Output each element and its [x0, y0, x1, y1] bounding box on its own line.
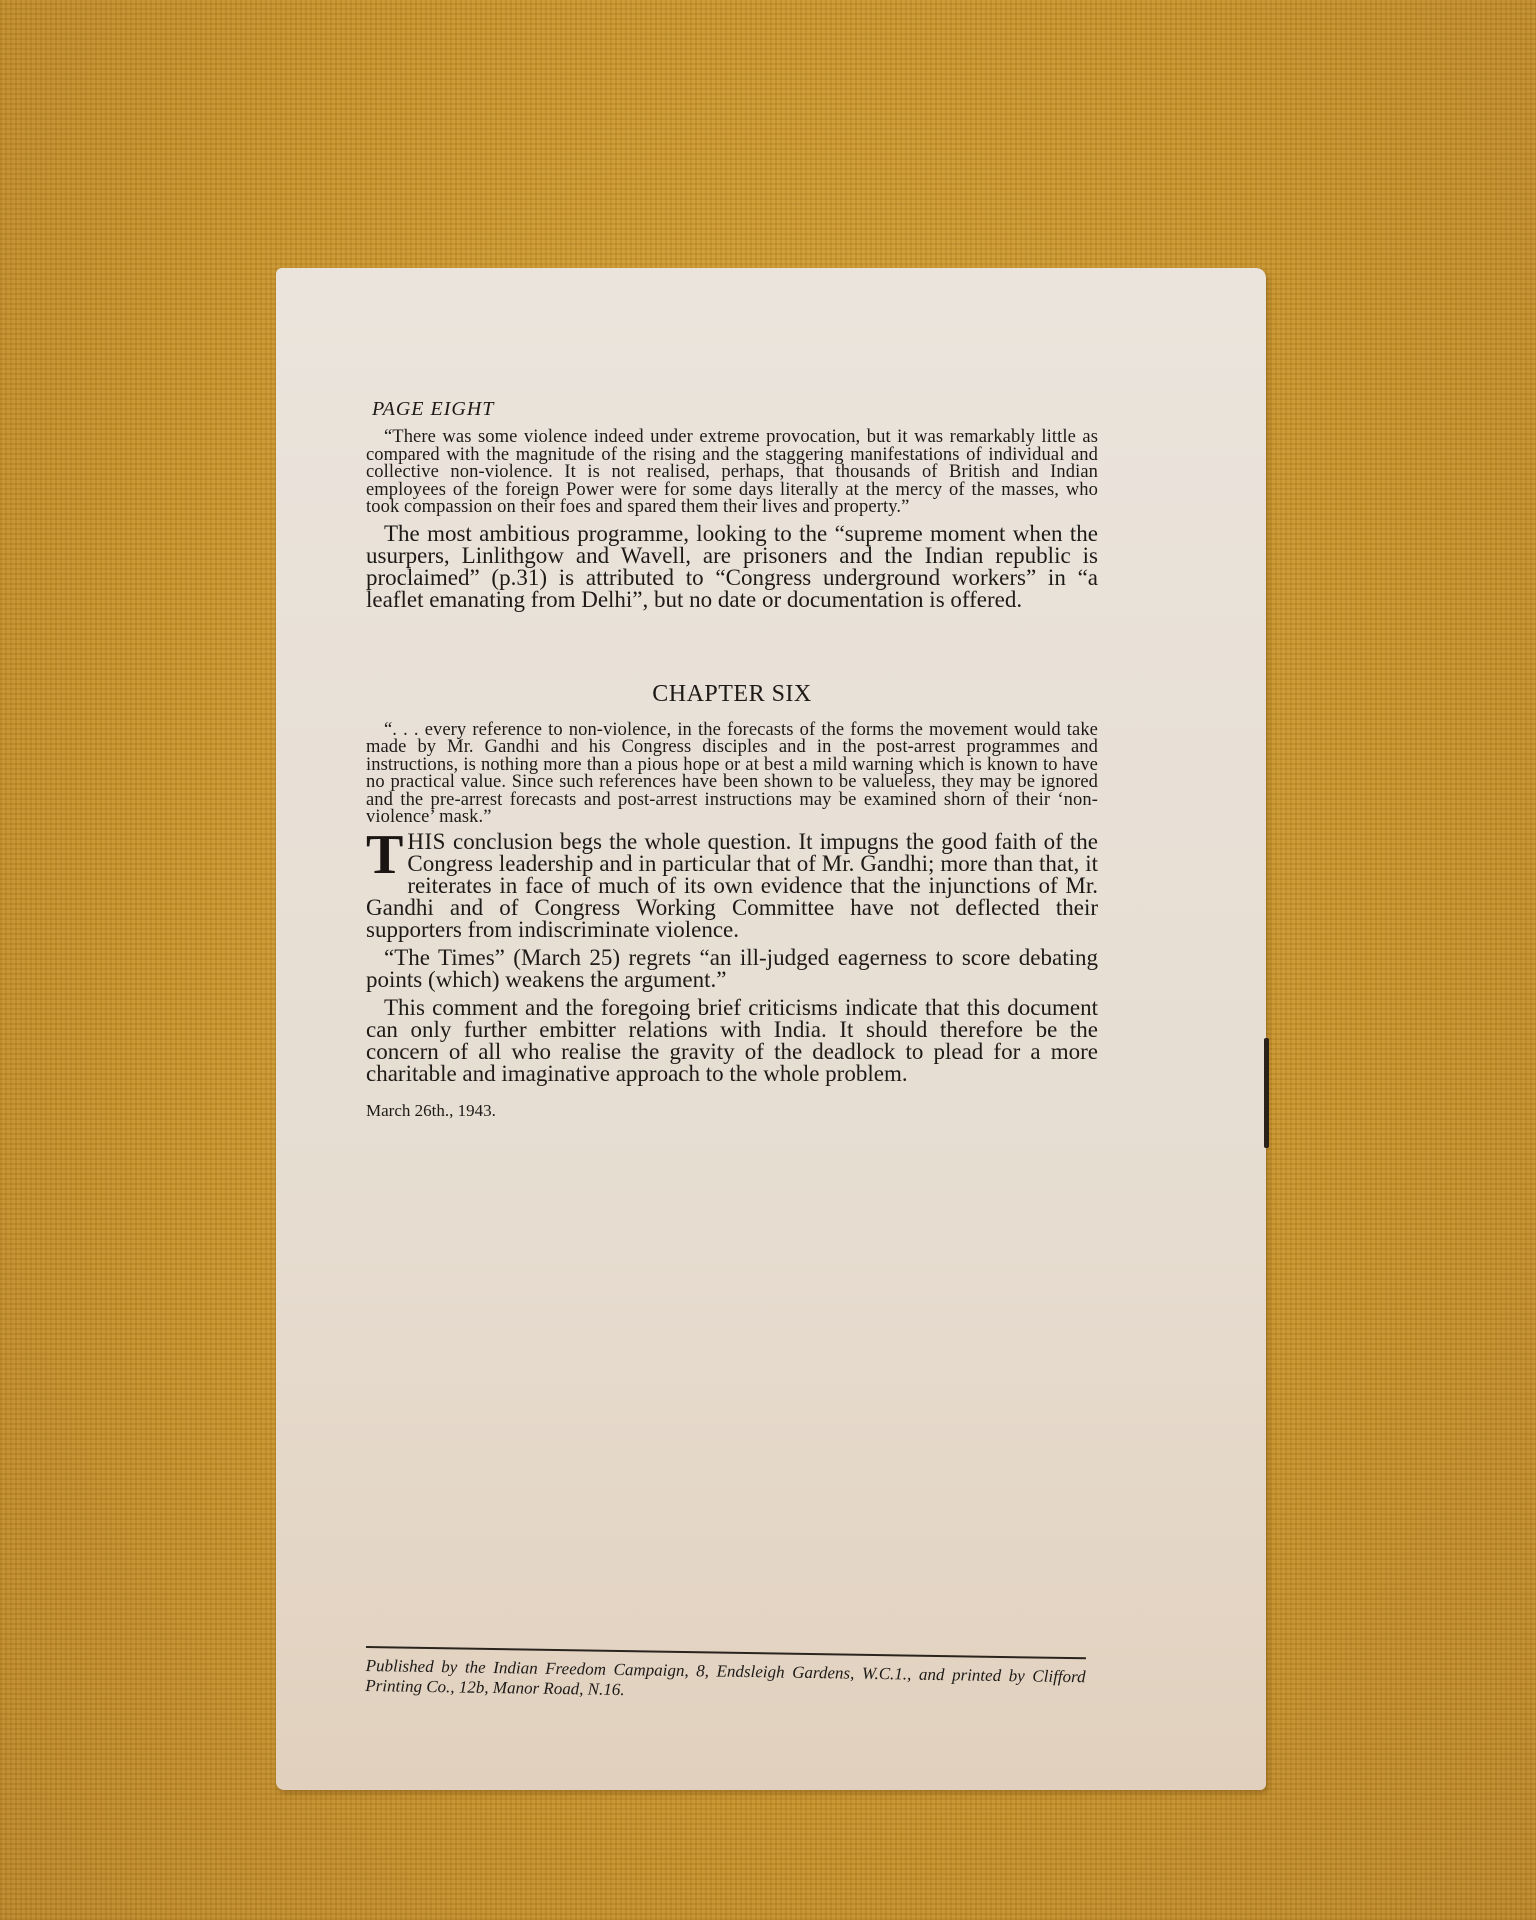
publication-date: March 26th., 1943. — [366, 1101, 1098, 1121]
running-head: PAGE EIGHT — [372, 398, 1098, 421]
imprint-text: Published by the Indian Freedom Campaign… — [365, 1656, 1086, 1707]
opening-quote: “There was some violence indeed under ex… — [366, 429, 1098, 517]
paragraph-conclusion-text: conclusion begs the whole question. It i… — [366, 829, 1098, 942]
paragraph-closing: This comment and the foregoing brief cri… — [366, 997, 1098, 1085]
page-body: PAGE EIGHT “There was some violence inde… — [366, 398, 1098, 1121]
pamphlet-page: PAGE EIGHT “There was some violence inde… — [276, 268, 1266, 1790]
paragraph-conclusion: THIS conclusion begs the whole question.… — [366, 831, 1098, 941]
chapter-heading: CHAPTER SIX — [366, 681, 1098, 708]
imprint-footer: Published by the Indian Freedom Campaign… — [365, 1646, 1086, 1707]
paragraph-times: “The Times” (March 25) regrets “an ill-j… — [366, 947, 1098, 991]
chapter-quote: “. . . every reference to non-violence, … — [366, 722, 1098, 827]
paragraph-ambitious-programme: The most ambitious programme, looking to… — [366, 523, 1098, 611]
drop-cap: T — [366, 833, 403, 877]
